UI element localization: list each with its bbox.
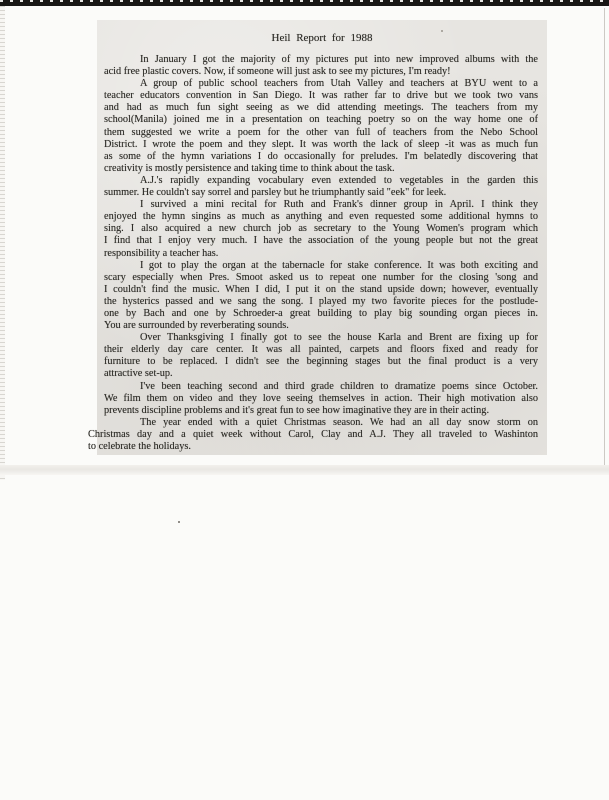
paragraph: In January I got the majority of my pict…: [104, 54, 538, 78]
text-line: Christmas day and a quiet week without C…: [88, 429, 538, 441]
paragraph: I survived a mini recital for Ruth and F…: [104, 199, 538, 259]
paragraph: Over Thanksgiving I finally got to see t…: [104, 332, 538, 380]
text-line: the hysterics passed and we sang the son…: [104, 296, 538, 308]
text-line: A.J.'s rapidly expanding vocabulary even…: [104, 175, 538, 187]
page-perforation-strip: [0, 6, 5, 480]
text-line: school(Manila) joined me in a presentati…: [104, 114, 538, 126]
scan-speckle: [441, 30, 443, 32]
text-line: We film them on video and they love seei…: [104, 393, 538, 405]
document-title: Heil Report for 1988: [97, 32, 547, 45]
page-right-edge-line: [604, 8, 605, 468]
text-line: I survived a mini recital for Ruth and F…: [104, 199, 538, 211]
paragraph: The year ended with a quiet Christmas se…: [104, 417, 538, 453]
text-line: them suggested we write a poem for the o…: [104, 127, 538, 139]
text-line: attractive set-up.: [104, 368, 538, 380]
text-line: to celebrate the holidays.: [88, 441, 538, 453]
paragraph: I got to play the organ at the tabernacl…: [104, 260, 538, 333]
text-line: and had as much fun sight seeing as we d…: [104, 102, 538, 114]
text-line: prevents discipline problems and it's gr…: [104, 405, 538, 417]
text-line: District. I wrote the poem and they slep…: [104, 139, 538, 151]
text-line: acid free plastic covers. Now, if someon…: [104, 66, 538, 78]
text-line: You are surrounded by reverberating soun…: [104, 320, 538, 332]
text-line: I couldn't find the music. When I did, I…: [104, 284, 538, 296]
text-line: one by Bach and one by Schroeder-a great…: [104, 308, 538, 320]
paragraph: I've been teaching second and third grad…: [104, 381, 538, 417]
text-line: furniture to be replaced. I didn't see t…: [104, 356, 538, 368]
text-line: responsibility a teacher has.: [104, 248, 538, 260]
paragraph: A.J.'s rapidly expanding vocabulary even…: [104, 175, 538, 199]
photocopy-text-block: Heil Report for 1988 In January I got th…: [97, 20, 547, 455]
text-line: scary especially when Pres. Smoot asked …: [104, 272, 538, 284]
text-line: I've been teaching second and third grad…: [104, 381, 538, 393]
page-bottom-shadow: [0, 465, 609, 475]
text-line: A group of public school teachers from U…: [104, 78, 538, 90]
text-line: In January I got the majority of my pict…: [104, 54, 538, 66]
text-line: teacher educators convention in San Dieg…: [104, 90, 538, 102]
scan-canvas: Heil Report for 1988 In January I got th…: [0, 0, 609, 800]
text-line: summer. He couldn't say sorrel and parsl…: [104, 187, 538, 199]
text-line: creativity is mostly persistence and tak…: [104, 163, 538, 175]
document-body: In January I got the majority of my pict…: [104, 54, 538, 453]
text-line: Over Thanksgiving I finally got to see t…: [104, 332, 538, 344]
text-line: sing. I also acquired a new church job a…: [104, 223, 538, 235]
text-line: enjoyed the hymn singins as much as anyt…: [104, 211, 538, 223]
text-line: their elderly day care center. It was al…: [104, 344, 538, 356]
text-line: as some of the hymn variations I do occa…: [104, 151, 538, 163]
text-line: I got to play the organ at the tabernacl…: [104, 260, 538, 272]
scanner-edge-band: [0, 0, 609, 6]
scan-speckle: [178, 521, 180, 523]
text-line: The year ended with a quiet Christmas se…: [104, 417, 538, 429]
paragraph: A group of public school teachers from U…: [104, 78, 538, 175]
text-line: I find that I enjoy very much. I have th…: [104, 235, 538, 247]
